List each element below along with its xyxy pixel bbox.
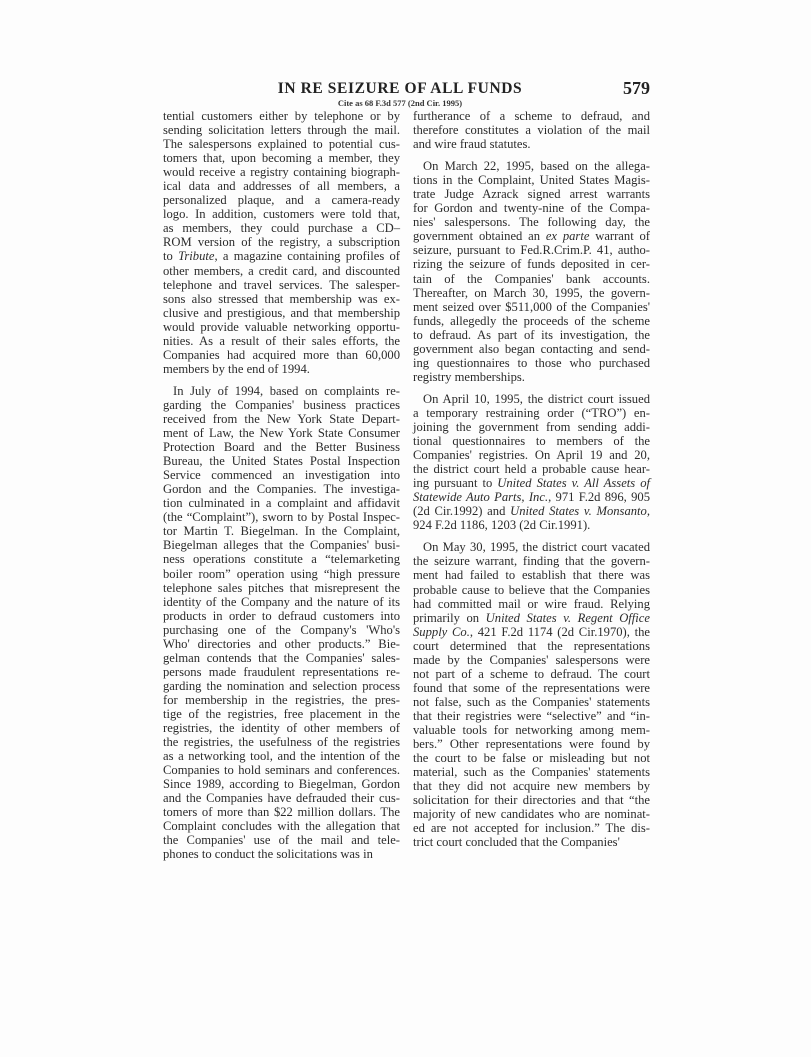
citation-line: Cite as 68 F.3d 577 (2nd Cir. 1995) — [150, 98, 650, 108]
text-line: seizure, pursuant to Fed.R.Crim.P. 41, a… — [413, 243, 650, 257]
text-line: government obtained an ex parte warrant … — [413, 229, 650, 243]
text-line: as a networking tool, and the intention … — [163, 749, 400, 763]
text-line: Complaint concludes with the allegation … — [163, 819, 400, 833]
text-line: In July of 1994, based on complaints re- — [163, 384, 400, 398]
text-line: 924 F.2d 1186, 1203 (2d Cir.1991). — [413, 518, 650, 532]
text-line: identity of the Company and the nature o… — [163, 595, 400, 609]
text-line: ed are not accepted for inclusion.” The … — [413, 821, 650, 835]
text-line: the seizure warrant, finding that the go… — [413, 554, 650, 568]
text-line: Bureau, the United States Postal Inspect… — [163, 454, 400, 468]
text-line: funds, allegedly the proceeds of the sch… — [413, 314, 650, 328]
text-line: not false, such as the Companies' statem… — [413, 695, 650, 709]
text-line: joining the government from sending addi… — [413, 420, 650, 434]
text-line: tomers that, upon becoming a member, the… — [163, 151, 400, 165]
text-line: received from the New York State Depart- — [163, 412, 400, 426]
text-line: tor Martin T. Biegelman. In the Complain… — [163, 524, 400, 538]
text-line: tional questionnaires to members of the — [413, 434, 650, 448]
text-line: probable cause to believe that the Compa… — [413, 583, 650, 597]
text-line: Thereafter, on March 30, 1995, the gover… — [413, 286, 650, 300]
text-line: Statewide Auto Parts, Inc., 971 F.2d 896… — [413, 490, 650, 504]
text-line: would provide valuable networking opport… — [163, 320, 400, 334]
text-line: for membership in the registries, the pr… — [163, 693, 400, 707]
text-line: the court to be false or misleading but … — [413, 751, 650, 765]
paragraph: In July of 1994, based on complaints re-… — [163, 384, 400, 862]
text-line: garding the nomination and selection pro… — [163, 679, 400, 693]
text-line: nities. As a result of their sales effor… — [163, 334, 400, 348]
text-line: the Companies' use of the mail and tele- — [163, 833, 400, 847]
text-line: bers.” Other representations were found … — [413, 737, 650, 751]
text-line: ing questionnaires to those who purchase… — [413, 356, 650, 370]
text-line: purchasing one of the Company's 'Who's — [163, 623, 400, 637]
text-line: On April 10, 1995, the district court is… — [413, 392, 650, 406]
text-line: ROM version of the registry, a subscript… — [163, 235, 400, 249]
text-line: tential customers either by telephone or… — [163, 109, 400, 123]
text-line: phones to conduct the solicitations was … — [163, 847, 400, 861]
text-line: nies' salespersons. The following day, t… — [413, 215, 650, 229]
text-line: Companies had acquired more than 60,000 — [163, 348, 400, 362]
text-line: tomers of more than $22 million dollars.… — [163, 805, 400, 819]
text-line: persons made fraudulent representations … — [163, 665, 400, 679]
left-column: tential customers either by telephone or… — [163, 109, 400, 869]
text-line: to defraud. As part of its investigation… — [413, 328, 650, 342]
text-line: found that some of the representations w… — [413, 681, 650, 695]
text-line: trate Judge Azrack signed arrest warrant… — [413, 187, 650, 201]
text-line: ment of Law, the New York State Consumer — [163, 426, 400, 440]
text-line: ness operations constitute a “telemarket… — [163, 552, 400, 566]
text-line: primarily on United States v. Regent Off… — [413, 611, 650, 625]
text-line: telephone and travel services. The sales… — [163, 278, 400, 292]
paragraph: tential customers either by telephone or… — [163, 109, 400, 376]
text-line: Who' directories and other products.” Bi… — [163, 637, 400, 651]
text-line: and wire fraud statutes. — [413, 137, 650, 151]
text-line: valuable tools for networking among mem- — [413, 723, 650, 737]
text-line: that their registries were “selective” a… — [413, 709, 650, 723]
text-line: would receive a registry containing biog… — [163, 165, 400, 179]
text-line: Gordon and the Companies. The investiga- — [163, 482, 400, 496]
text-line: had committed mail or wire fraud. Relyin… — [413, 597, 650, 611]
text-line: Protection Board and the Better Business — [163, 440, 400, 454]
text-line: (the “Complaint”), sworn to by Postal In… — [163, 510, 400, 524]
text-line: and the Companies have defrauded their c… — [163, 791, 400, 805]
text-line: trict court concluded that the Companies… — [413, 835, 650, 849]
text-line: registries, the identity of other member… — [163, 721, 400, 735]
text-line: therefore constitutes a violation of the… — [413, 123, 650, 137]
text-line: ing pursuant to United States v. All Ass… — [413, 476, 650, 490]
text-line: gelman contends that the Companies' sale… — [163, 651, 400, 665]
right-column: furtherance of a scheme to defraud, andt… — [413, 109, 650, 857]
text-line: tige of the registries, free placement i… — [163, 707, 400, 721]
text-line: rizing the seizure of funds deposited in… — [413, 257, 650, 271]
text-line: The salespersons explained to potential … — [163, 137, 400, 151]
page-number: 579 — [623, 78, 650, 99]
text-line: as members, they could purchase a CD– — [163, 221, 400, 235]
text-line: that they did not acquire new members by — [413, 779, 650, 793]
text-line: clusive and prestigious, and that member… — [163, 306, 400, 320]
text-line: the registries, the usefulness of the re… — [163, 735, 400, 749]
text-line: products in order to defraud customers i… — [163, 609, 400, 623]
running-title: IN RE SEIZURE OF ALL FUNDS — [150, 80, 650, 98]
text-line: personalized plaque, and a camera-ready — [163, 193, 400, 207]
text-line: registry memberships. — [413, 370, 650, 384]
text-line: garding the Companies' business practice… — [163, 398, 400, 412]
text-line: furtherance of a scheme to defraud, and — [413, 109, 650, 123]
text-line: members by the end of 1994. — [163, 362, 400, 376]
text-line: material, such as the Companies' stateme… — [413, 765, 650, 779]
text-line: government also began contacting and sen… — [413, 342, 650, 356]
paragraph: On May 30, 1995, the district court vaca… — [413, 540, 650, 849]
text-line: tions in the Complaint, United States Ma… — [413, 173, 650, 187]
text-line: to Tribute, a magazine containing profil… — [163, 249, 400, 263]
text-line: not part of a scheme to defraud. The cou… — [413, 667, 650, 681]
text-line: (2d Cir.1992) and United States v. Monsa… — [413, 504, 650, 518]
paragraph: On April 10, 1995, the district court is… — [413, 392, 650, 532]
text-line: Supply Co., 421 F.2d 1174 (2d Cir.1970),… — [413, 625, 650, 639]
text-line: On May 30, 1995, the district court vaca… — [413, 540, 650, 554]
text-line: Service commenced an investigation into — [163, 468, 400, 482]
text-line: Companies to hold seminars and conferenc… — [163, 763, 400, 777]
text-line: tain of the Companies' bank accounts. — [413, 272, 650, 286]
paragraph: furtherance of a scheme to defraud, andt… — [413, 109, 650, 151]
text-line: a temporary restraining order (“TRO”) en… — [413, 406, 650, 420]
text-line: Biegelman alleges that the Companies' bu… — [163, 538, 400, 552]
text-line: ment had failed to establish that there … — [413, 568, 650, 582]
text-line: sons also stressed that membership was e… — [163, 292, 400, 306]
text-line: the district court held a probable cause… — [413, 462, 650, 476]
text-line: tion culminated in a complaint and affid… — [163, 496, 400, 510]
text-line: other members, a credit card, and discou… — [163, 264, 400, 278]
text-line: On March 22, 1995, based on the allega- — [413, 159, 650, 173]
text-line: ment seized over $511,000 of the Compani… — [413, 300, 650, 314]
text-line: Companies' registries. On April 19 and 2… — [413, 448, 650, 462]
text-line: telephone sales pitches that misrepresen… — [163, 581, 400, 595]
text-line: made by the Companies' salespersons were — [413, 653, 650, 667]
text-line: sending solicitation letters through the… — [163, 123, 400, 137]
text-line: boiler room” operation using “high press… — [163, 567, 400, 581]
text-line: for Gordon and twenty-nine of the Compa- — [413, 201, 650, 215]
text-line: ical data and addresses of all members, … — [163, 179, 400, 193]
text-line: court determined that the representation… — [413, 639, 650, 653]
page-header: IN RE SEIZURE OF ALL FUNDS 579 Cite as 6… — [150, 80, 650, 110]
text-line: solicitation for their directories and t… — [413, 793, 650, 807]
paragraph: On March 22, 1995, based on the allega-t… — [413, 159, 650, 384]
text-line: logo. In addition, customers were told t… — [163, 207, 400, 221]
text-line: Since 1989, according to Biegelman, Gord… — [163, 777, 400, 791]
text-line: majority of new candidates who are nomin… — [413, 807, 650, 821]
